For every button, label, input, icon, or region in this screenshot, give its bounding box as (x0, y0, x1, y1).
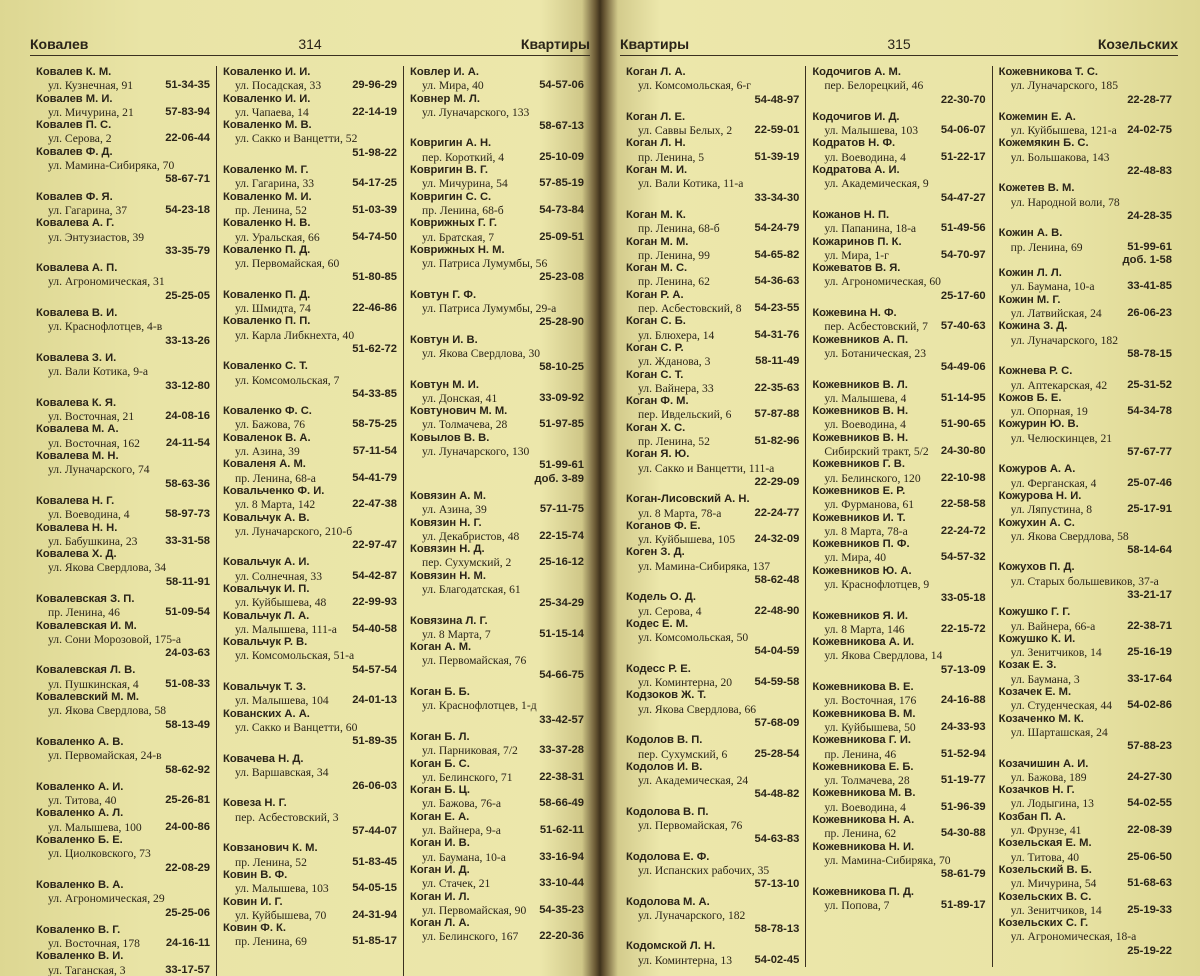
subscriber-name: Ковальчук Л. А. (223, 610, 397, 623)
directory-entry: Кожевина Н. Ф.пер. Асбестовский, 757-40-… (812, 307, 985, 334)
phone-number: 51-98-22 (348, 147, 397, 159)
address: ул. Малышева, 103 (824, 124, 918, 137)
address-line: ул. 8 Марта, 78-а22-24-72 (812, 525, 985, 538)
phone-number: 24-33-93 (937, 721, 986, 734)
address-line: ул. Куйбышева, 4822-99-93 (223, 596, 397, 609)
directory-entry: Ковин И. Г.ул. Куйбышева, 7024-31-94 (223, 896, 397, 923)
address-line: ул. Бажова, 7658-75-25 (223, 418, 397, 431)
address: ул. Восточная, 162 (48, 437, 140, 450)
subscriber-name: Кодес Е. М. (626, 618, 799, 631)
subscriber-name: Коган М. С. (626, 262, 799, 275)
address-line: ул. Комсомольская, 50 (626, 631, 799, 644)
address: ул. Якова Свердлова, 66 (638, 703, 756, 716)
address: ул. Мамина-Сибиряка, 137 (638, 560, 770, 573)
subscriber-name: Кодесс Р. Е. (626, 663, 799, 676)
address-line: ул. Аптекарская, 4225-31-52 (999, 379, 1172, 392)
directory-entry: Коган Л. А.ул. Комсомольская, 6-г54-48-9… (626, 66, 799, 107)
phone-number: 51-85-17 (348, 935, 397, 948)
phone-line: 54-04-59 (626, 644, 799, 658)
address: ул. Чапаева, 14 (235, 106, 309, 119)
address-line: ул. Коминтерна, 1354-02-45 (626, 954, 799, 967)
address-line: ул. Фурманова, 6122-58-58 (812, 498, 985, 511)
address: ул. Циолковского, 73 (48, 847, 151, 860)
address-line: ул. Большакова, 143 (999, 151, 1172, 164)
address: ул. Коминтерна, 20 (638, 676, 732, 689)
directory-entry: Ковригин В. Г.ул. Мичурина, 5457-85-19 (410, 164, 584, 191)
subscriber-name: Ковалева Н. Н. (36, 522, 210, 535)
phone-number: 51-52-94 (937, 748, 986, 761)
address-line: ул. Белинского, 16722-20-36 (410, 930, 584, 943)
phone-number: 25-25-06 (161, 907, 210, 919)
phone-number: 57-44-07 (348, 825, 397, 837)
address-line: ул. Куйбышева, 7024-31-94 (223, 909, 397, 922)
directory-entry: Козельская Е. М.ул. Титова, 4025-06-50 (999, 837, 1172, 864)
address: ул. Краснофлотцев, 9 (824, 578, 929, 591)
subscriber-name: Коваленок В. А. (223, 432, 397, 445)
phone-line: 57-88-23 (999, 739, 1172, 753)
address-line: ул. Титова, 4025-26-81 (36, 794, 210, 807)
phone-number: 58-10-25 (535, 361, 584, 373)
phone-number: 51-97-85 (535, 418, 584, 431)
address: ул. 8 Марта, 78-а (824, 525, 907, 538)
directory-entry: Коваленко П. П.ул. Карла Либкнехта, 4051… (223, 315, 397, 356)
phone-line: 58-78-13 (626, 922, 799, 936)
subscriber-name: Кодель О. Д. (626, 591, 799, 604)
phone-number: 51-15-14 (535, 628, 584, 641)
subscriber-name: Ковалев Ф. Д. (36, 146, 210, 159)
address: ул. Серова, 4 (638, 605, 702, 618)
phone-line: 58-61-79 (812, 867, 985, 881)
phone-number: 57-67-77 (1123, 446, 1172, 458)
address: ул. Якова Свердлова, 30 (422, 347, 540, 360)
address: ул. Луначарского, 182 (638, 909, 745, 922)
directory-entry: Коваленко М. В.ул. Сакко и Ванцетти, 525… (223, 119, 397, 160)
address: ул. Бабушкина, 23 (48, 535, 137, 548)
subscriber-name: Коган Е. А. (410, 811, 584, 824)
address: ул. Карла Либкнехта, 40 (235, 329, 354, 342)
phone-number: 25-10-09 (535, 151, 584, 164)
address-line: пр. Ленина, 6951-85-17 (223, 935, 397, 948)
address: ул. Мамина-Сибиряка, 70 (48, 159, 174, 172)
subscriber-name: Кожухин А. С. (999, 517, 1172, 530)
address-line: ул. Чапаева, 1422-14-19 (223, 106, 397, 119)
phone-number: 54-42-87 (348, 570, 397, 583)
phone-number: 24-16-88 (937, 694, 986, 707)
phone-line: 51-80-85 (223, 270, 397, 284)
directory-entry: Кожурова Н. И.ул. Ляпустина, 825-17-91 (999, 490, 1172, 517)
directory-entry: Кодель О. Д.ул. Серова, 422-48-90 (626, 591, 799, 618)
address-line: пер. Ивдельский, 657-87-88 (626, 408, 799, 421)
directory-entry: Кожевникова А. И.ул. Якова Свердлова, 14… (812, 636, 985, 677)
phone-line: 22-08-29 (36, 861, 210, 875)
address-line: ул. Вайнера, 66-а22-38-71 (999, 620, 1172, 633)
address-line: ул. Азина, 3957-11-75 (410, 503, 584, 516)
address-line: ул. Якова Свердлова, 58 (999, 530, 1172, 543)
address-line: пр. Ленина, 6254-36-63 (626, 275, 799, 288)
phone-line: 54-49-06 (812, 360, 985, 374)
subscriber-name: Кожеватов В. Я. (812, 262, 985, 275)
directory-entry: Ковылов В. В.ул. Луначарского, 13051-99-… (410, 432, 584, 486)
directory-entry: Кожнева Р. С.ул. Аптекарская, 4225-31-52 (999, 365, 1172, 392)
subscriber-name: Кодолов В. П. (626, 734, 799, 747)
phone-number: 22-58-58 (937, 498, 986, 511)
address: ул. Гагарина, 37 (48, 204, 127, 217)
phone-number: 25-09-51 (535, 231, 584, 244)
address-line: ул. Попова, 751-89-17 (812, 899, 985, 912)
address-line: Сибирский тракт, 5/224-30-80 (812, 445, 985, 458)
subscriber-name: Коваленко В. А. (36, 879, 210, 892)
subscriber-name: Ковальченко Ф. И. (223, 485, 397, 498)
phone-number: 22-97-47 (348, 539, 397, 551)
phone-number: 54-70-97 (937, 249, 986, 262)
directory-entry: Кожевников И. Т.ул. 8 Марта, 78-а22-24-7… (812, 512, 985, 539)
subscriber-name: Ковин И. Г. (223, 896, 397, 909)
address: ул. Толмачева, 28 (422, 418, 507, 431)
address-line: ул. Серова, 222-06-44 (36, 132, 210, 145)
phone-line: 58-67-71 (36, 172, 210, 186)
address: ул. Испанских рабочих, 35 (638, 864, 769, 877)
directory-entry: Коваленко А. В.ул. Первомайская, 24-в58-… (36, 736, 210, 777)
address-line: ул. Кузнечная, 9151-34-35 (36, 79, 210, 92)
subscriber-name: Коген З. Д. (626, 546, 799, 559)
directory-entry: Коваленя А. М.пр. Ленина, 68-а54-41-79 (223, 458, 397, 485)
phone-number: 26-06-23 (1123, 307, 1172, 320)
address: ул. Восточная, 21 (48, 410, 134, 423)
subscriber-name: Ковалева Н. Г. (36, 495, 210, 508)
address-line: ул. Комсомольская, 6-г (626, 79, 799, 92)
phone-number: 33-37-28 (535, 744, 584, 757)
phone-number: 57-40-63 (937, 320, 986, 333)
directory-entry: Ковтун И. В.ул. Якова Свердлова, 3058-10… (410, 334, 584, 375)
subscriber-name: Кодолова М. А. (626, 896, 799, 909)
subscriber-name: Коврижных Г. Г. (410, 217, 584, 230)
directory-entry: Ковалев М. И.ул. Мичурина, 2157-83-94 (36, 93, 210, 120)
address: ул. Воеводина, 4 (824, 418, 906, 431)
directory-entry: Кованских А. А.ул. Сакко и Ванцетти, 605… (223, 708, 397, 749)
phone-line: 33-42-57 (410, 713, 584, 727)
phone-number: 54-66-75 (535, 669, 584, 681)
address-line: ул. Толмачева, 2851-19-77 (812, 774, 985, 787)
directory-entry: Коган И. Л.ул. Первомайская, 9054-35-23 (410, 891, 584, 918)
subscriber-name: Коваленко Н. В. (223, 217, 397, 230)
phone-number: 54-57-54 (348, 664, 397, 676)
phone-number: 51-19-77 (937, 774, 986, 787)
phone-number: 22-15-74 (535, 530, 584, 543)
address-line: ул. Агрономическая, 31 (36, 275, 210, 288)
phone-number: 24-00-86 (161, 821, 210, 834)
phone-number: 24-16-11 (162, 937, 210, 950)
address: ул. Малышева, 4 (824, 392, 906, 405)
directory-column: Кодочигов А. М.пер. Белорецкий, 4622-30-… (805, 66, 991, 967)
address-line: ул. Ферганская, 425-07-46 (999, 477, 1172, 490)
address: ул. Серова, 2 (48, 132, 112, 145)
address-line: ул. Сакко и Ванцетти, 52 (223, 132, 397, 145)
address-line: пр. Ленина, 68-б54-24-79 (626, 222, 799, 235)
phone-number: 33-13-26 (161, 335, 210, 347)
address: ул. Мичурина, 54 (1011, 877, 1097, 890)
subscriber-name: Коваленко П. Д. (223, 289, 397, 302)
directory-entry: Коваленко С. Т.ул. Комсомольская, 754-33… (223, 360, 397, 401)
directory-entry: Ковтунович М. М.ул. Толмачева, 2851-97-8… (410, 405, 584, 432)
directory-entry: Кожов Б. Е.ул. Опорная, 1954-34-78 (999, 392, 1172, 419)
address: ул. Якова Свердлова, 58 (1011, 530, 1129, 543)
running-head: Ковалев 314 Квартиры (30, 30, 590, 56)
address-line: ул. Агрономическая, 18-а (999, 930, 1172, 943)
directory-entry: Ковальчук Т. З.ул. Малышева, 10424-01-13 (223, 681, 397, 708)
phone-line: 58-62-48 (626, 573, 799, 587)
directory-entry: Коган Б. Б.ул. Краснофлотцев, 1-д33-42-5… (410, 686, 584, 727)
subscriber-name: Козачишин А. И. (999, 758, 1172, 771)
phone-number: 24-03-63 (161, 647, 210, 659)
phone-number: 33-35-79 (161, 245, 210, 257)
phone-number: 54-57-32 (937, 551, 986, 564)
subscriber-name: Кожин А. В. (999, 227, 1172, 240)
directory-entry: Ковалева А. Г.ул. Энтузиастов, 3933-35-7… (36, 217, 210, 258)
subscriber-name: Ковнер М. Л. (410, 93, 584, 106)
directory-entry: Ковальченко Ф. И.ул. 8 Марта, 14222-47-3… (223, 485, 397, 512)
subscriber-name: Кожевников В. Н. (812, 432, 985, 445)
phone-line: 22-30-70 (812, 93, 985, 107)
subscriber-name: Коваленко В. И. (36, 950, 210, 963)
address-line: пер. Белорецкий, 46 (812, 79, 985, 92)
directory-entry: Коган И. Д.ул. Стачек, 2133-10-44 (410, 864, 584, 891)
directory-entry: Козачков Н. Г.ул. Лодыгина, 1354-02-55 (999, 784, 1172, 811)
subscriber-name: Ковалева А. Г. (36, 217, 210, 230)
subscriber-name: Ковалева М. А. (36, 423, 210, 436)
phone-number: 24-31-94 (348, 909, 397, 922)
directory-entry: Кожевников Я. И.ул. 8 Марта, 14622-15-72 (812, 610, 985, 637)
directory-entry: Ковалев К. М.ул. Кузнечная, 9151-34-35 (36, 66, 210, 93)
phone-number: 54-23-55 (751, 302, 800, 315)
phone-number: 54-47-27 (937, 192, 986, 204)
phone-number: 22-38-31 (535, 771, 584, 784)
directory-entry: Ковлер И. А.ул. Мира, 4054-57-06 (410, 66, 584, 93)
directory-entry: Ковзанович К. М.пр. Ленина, 5251-83-45 (223, 842, 397, 869)
phone-number: 58-66-49 (535, 797, 584, 810)
phone-number: 24-28-35 (1123, 210, 1172, 222)
address-line: ул. Мамина-Сибиряка, 137 (626, 560, 799, 573)
subscriber-name: Кожин М. Г. (999, 294, 1172, 307)
phone-number: 57-13-10 (751, 878, 800, 890)
directory-entry: Кожевникова Е. Б.ул. Толмачева, 2851-19-… (812, 761, 985, 788)
subscriber-name: Козаченко М. К. (999, 713, 1172, 726)
phone-line: 22-28-77 (999, 93, 1172, 107)
address: ул. Зенитчиков, 14 (1011, 646, 1102, 659)
phone-number: 25-16-12 (535, 556, 584, 569)
phone-number: 25-06-50 (1123, 851, 1172, 864)
subscriber-name: Кожетев В. М. (999, 182, 1172, 195)
directory-entry: Кожевникова Т. С.ул. Луначарского, 18522… (999, 66, 1172, 107)
address: ул. Луначарского, 185 (1011, 79, 1118, 92)
directory-entry: Ковалева В. И.ул. Краснофлотцев, 4-в33-1… (36, 307, 210, 348)
subscriber-name: Ковальчук Т. З. (223, 681, 397, 694)
address: ул. 8 Марта, 7 (422, 628, 491, 641)
phone-number: 51-68-63 (1123, 877, 1172, 890)
directory-entry: Кодочигов А. М.пер. Белорецкий, 4622-30-… (812, 66, 985, 107)
header-guide-word: Козельских (1098, 36, 1178, 52)
phone-number: 51-09-54 (161, 606, 210, 619)
phone-number: 33-17-64 (1123, 673, 1172, 686)
address-line: ул. Куйбышева, 10524-32-09 (626, 533, 799, 546)
phone-number: 51-80-85 (348, 271, 397, 283)
address-line: ул. Луначарского, 130 (410, 445, 584, 458)
directory-entry: Ковязина Л. Г.ул. 8 Марта, 751-15-14 (410, 615, 584, 642)
address: ул. Фрунзе, 41 (1011, 824, 1082, 837)
subscriber-name: Кожевникова В. М. (812, 708, 985, 721)
address-line: ул. Агрономическая, 29 (36, 892, 210, 905)
phone-line: 57-67-77 (999, 445, 1172, 459)
subscriber-name: Ковальчук А. В. (223, 512, 397, 525)
address: ул. Азина, 39 (235, 445, 300, 458)
phone-number: 25-34-29 (535, 597, 584, 609)
subscriber-name: Ковалева Х. Д. (36, 548, 210, 561)
address-line: ул. Якова Свердлова, 66 (626, 703, 799, 716)
directory-column: Ковалев К. М.ул. Кузнечная, 9151-34-35Ко… (30, 66, 216, 976)
address: ул. Мамина-Сибиряка, 70 (824, 854, 950, 867)
subscriber-name: Кодочигов А. М. (812, 66, 985, 79)
subscriber-name: Кожевникова Г. И. (812, 734, 985, 747)
address-line: ул. Первомайская, 76 (410, 654, 584, 667)
address: ул. Баумана, 3 (1011, 673, 1080, 686)
address-line: ул. Старых большевиков, 37-а (999, 575, 1172, 588)
address-line: ул. Баумана, 10-а33-41-85 (999, 280, 1172, 293)
phone-line: 22-48-83 (999, 164, 1172, 178)
phone-line: 22-29-09 (626, 475, 799, 489)
address: ул. Пушкинская, 4 (48, 678, 139, 691)
address-line: ул. Куйбышева, 5024-33-93 (812, 721, 985, 734)
address-line: ул. Баумана, 333-17-64 (999, 673, 1172, 686)
directory-entry: Коган Л. Н.пр. Ленина, 551-39-19 (626, 137, 799, 164)
phone-number: 25-17-60 (937, 290, 986, 302)
phone-number: 24-11-54 (162, 437, 210, 450)
address-line: ул. Воеводина, 451-96-39 (812, 801, 985, 814)
address: ул. Опорная, 19 (1011, 405, 1088, 418)
directory-column: Ковлер И. А.ул. Мира, 4054-57-06Ковнер М… (403, 66, 590, 976)
phone-number: 51-90-65 (937, 418, 986, 431)
phone-number: 22-28-77 (1123, 94, 1172, 106)
address: ул. Саввы Белых, 2 (638, 124, 732, 137)
subscriber-name: Ковязина Л. Г. (410, 615, 584, 628)
subscriber-name: Коган И. Д. (410, 864, 584, 877)
phone-number: 58-78-15 (1123, 348, 1172, 360)
address-line: ул. Патриса Лумумбы, 56 (410, 257, 584, 270)
subscriber-name: Коваленко М. И. (223, 191, 397, 204)
address: ул. Первомайская, 76 (422, 654, 526, 667)
phone-number: 24-27-30 (1123, 771, 1172, 784)
address: ул. Посадская, 33 (235, 79, 321, 92)
phone-number: 54-17-25 (348, 177, 397, 190)
address: ул. Мира, 1-г (824, 249, 889, 262)
phone-number: 58-11-49 (751, 355, 799, 368)
address: ул. Вайнера, 66-а (1011, 620, 1096, 633)
address: ул. Таганская, 3 (48, 964, 126, 976)
address: ул. Патриса Лумумбы, 56 (422, 257, 547, 270)
phone-line: 33-21-17 (999, 588, 1172, 602)
address: ул. Белинского, 167 (422, 930, 518, 943)
phone-number: 33-10-44 (535, 877, 584, 890)
address-line: ул. Луначарского, 210-б (223, 525, 397, 538)
subscriber-name: Ковтун М. И. (410, 379, 584, 392)
directory-entry: Коген З. Д.ул. Мамина-Сибиряка, 13758-62… (626, 546, 799, 587)
address: пр. Ленина, 5 (638, 151, 704, 164)
address-line: ул. Якова Свердлова, 30 (410, 347, 584, 360)
phone-number: 22-35-63 (751, 382, 800, 395)
address: ул. Благодатская, 61 (422, 583, 521, 596)
phone-number: 58-75-25 (348, 418, 397, 431)
directory-entry: Коган Л. Е.ул. Саввы Белых, 222-59-01 (626, 111, 799, 138)
phone-number: 54-59-58 (751, 676, 800, 689)
directory-entry: Ковачева Н. Д.ул. Варшавская, 3426-06-03 (223, 753, 397, 794)
directory-entry: Ковалева М. Н.ул. Луначарского, 7458-63-… (36, 450, 210, 491)
address: ул. Луначарского, 133 (422, 106, 529, 119)
address: ул. Коминтерна, 13 (638, 954, 732, 967)
address: ул. Краснофлотцев, 4-в (48, 320, 162, 333)
phone-number: 51-89-17 (937, 899, 986, 912)
directory-entry: Ковальчук А. В.ул. Луначарского, 210-б22… (223, 512, 397, 553)
address-line: ул. Народной воли, 78 (999, 196, 1172, 209)
phone-number: 22-14-19 (348, 106, 397, 119)
phone-number: 51-34-35 (161, 79, 210, 92)
phone-number: 51-99-61 (535, 459, 584, 471)
address-line: ул. Комсомольская, 51-а (223, 649, 397, 662)
phone-number: 54-02-45 (751, 954, 800, 967)
phone-line: 57-13-09 (812, 663, 985, 677)
address-line: ул. Серова, 422-48-90 (626, 605, 799, 618)
phone-line: 51-89-35 (223, 734, 397, 748)
address: пер. Короткий, 4 (422, 151, 504, 164)
address-line: ул. 8 Марта, 78-а22-24-77 (626, 507, 799, 520)
phone-number: 24-02-75 (1123, 124, 1172, 137)
subscriber-name: Коган С. Р. (626, 342, 799, 355)
directory-entry: Ковалев Ф. Д.ул. Мамина-Сибиряка, 7058-6… (36, 146, 210, 187)
address: ул. Уральская, 66 (235, 231, 320, 244)
address-line: ул. Мамина-Сибиряка, 70 (36, 159, 210, 172)
subscriber-name: Коган С. Б. (626, 315, 799, 328)
address: ул. Комсомольская, 7 (235, 374, 339, 387)
address-line: ул. Карла Либкнехта, 40 (223, 329, 397, 342)
address: ул. Энтузиастов, 39 (48, 231, 144, 244)
subscriber-name: Ковригин А. Н. (410, 137, 584, 150)
phone-line: 24-28-35 (999, 209, 1172, 223)
address: ул. Стачек, 21 (422, 877, 490, 890)
address-line: ул. Коминтерна, 2054-59-58 (626, 676, 799, 689)
address-line: ул. 8 Марта, 14222-47-38 (223, 498, 397, 511)
directory-entry: Коган С. Р.ул. Жданова, 358-11-49 (626, 342, 799, 369)
address-line: ул. Титова, 4025-06-50 (999, 851, 1172, 864)
subscriber-name: Коваленко В. Г. (36, 924, 210, 937)
subscriber-name: Козбан П. А. (999, 811, 1172, 824)
subscriber-name: Коваленко П. П. (223, 315, 397, 328)
subscriber-name: Ковригин С. С. (410, 191, 584, 204)
directory-entry: Козельских С. Г.ул. Агрономическая, 18-а… (999, 917, 1172, 958)
address-line: ул. Ботаническая, 23 (812, 347, 985, 360)
address-line: ул. Восточная, 17624-16-88 (812, 694, 985, 707)
directory-entry: Кожевников Е. Р.ул. Фурманова, 6122-58-5… (812, 485, 985, 512)
address-line: пр. Ленина, 5251-03-39 (223, 204, 397, 217)
directory-entry: Ковтун М. И.ул. Донская, 4133-09-92 (410, 379, 584, 406)
subscriber-name: Кожевников И. Т. (812, 512, 985, 525)
directory-entry: Козбан П. А.ул. Фрунзе, 4122-08-39 (999, 811, 1172, 838)
directory-entry: Кожухов П. Д.ул. Старых большевиков, 37-… (999, 561, 1172, 602)
address: ул. Комсомольская, 50 (638, 631, 748, 644)
address: Сибирский тракт, 5/2 (824, 445, 928, 458)
directory-entry: Коваленко М. Г.ул. Гагарина, 3354-17-25 (223, 164, 397, 191)
subscriber-name: Ковязин А. М. (410, 490, 584, 503)
subscriber-name: Ковзанович К. М. (223, 842, 397, 855)
subscriber-name: Коган Л. А. (626, 66, 799, 79)
subscriber-name: Коган М. И. (626, 164, 799, 177)
directory-entry: Коган Б. Л.ул. Парниковая, 7/233-37-28 (410, 731, 584, 758)
